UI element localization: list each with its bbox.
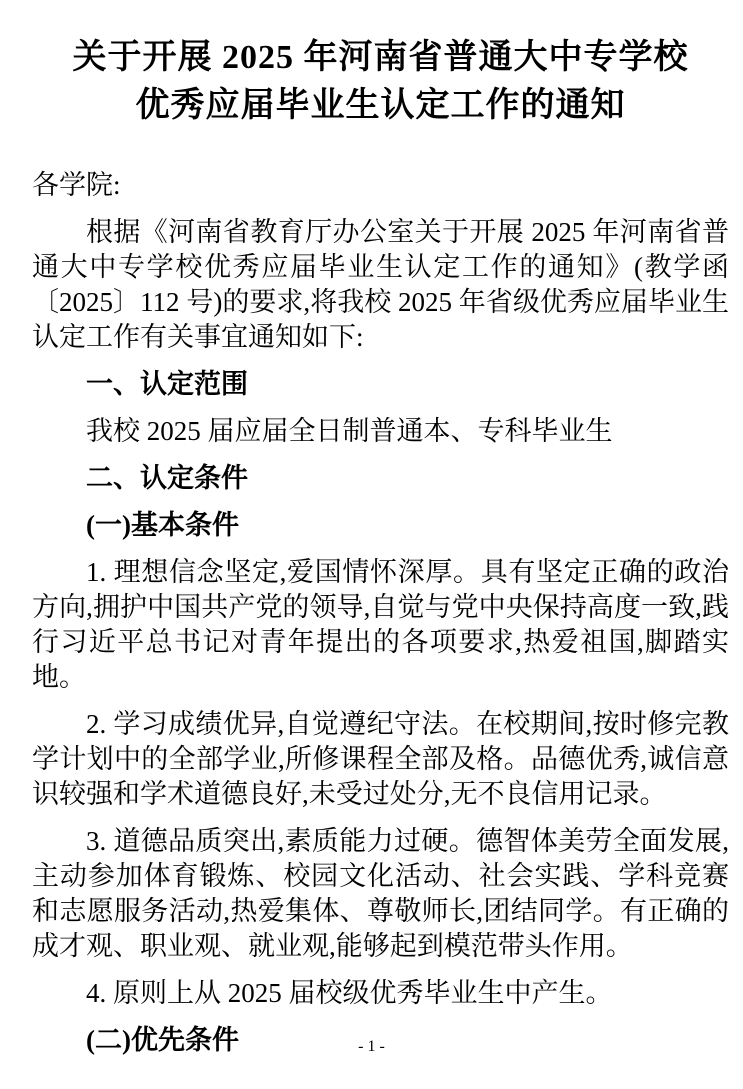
basic-condition-item-2: 2. 学习成绩优异,自觉遵纪守法。在校期间,按时修完教学计划中的全部学业,所修课… [32, 707, 729, 812]
basic-condition-item-1: 1. 理想信念坚定,爱国情怀深厚。具有坚定正确的政治方向,拥护中国共产党的领导,… [32, 555, 729, 695]
basic-condition-item-4: 4. 原则上从 2025 届校级优秀毕业生中产生。 [32, 976, 729, 1011]
document-title-line2: 优秀应届毕业生认定工作的通知 [32, 82, 729, 130]
basic-condition-item-3: 3. 道德品质突出,素质能力过硬。德智体美劳全面发展,主动参加体育锻炼、校园文化… [32, 824, 729, 964]
page-number: - 1 - [0, 1038, 743, 1056]
intro-paragraph: 根据《河南省教育厅办公室关于开展 2025 年河南省普通大中专学校优秀应届毕业生… [32, 215, 729, 355]
document-page: 关于开展 2025 年河南省普通大中专学校 优秀应届毕业生认定工作的通知 各学院… [0, 0, 743, 1089]
salutation: 各学院: [32, 168, 729, 203]
section-1-heading: 一、认定范围 [32, 367, 729, 402]
section-2-heading: 二、认定条件 [32, 461, 729, 496]
section-1-body: 我校 2025 届应届全日制普通本、专科毕业生 [32, 414, 729, 449]
basic-conditions-subheading: (一)基本条件 [32, 508, 729, 543]
document-title: 关于开展 2025 年河南省普通大中专学校 优秀应届毕业生认定工作的通知 [32, 34, 729, 130]
document-title-line1: 关于开展 2025 年河南省普通大中专学校 [32, 34, 729, 82]
